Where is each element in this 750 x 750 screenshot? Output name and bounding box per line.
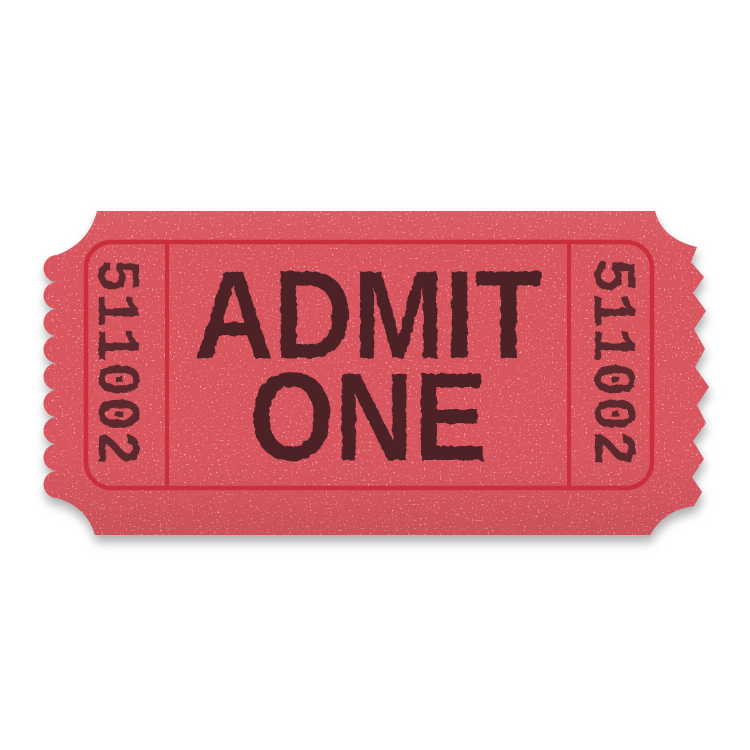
photo-background: 511002 ADMIT ONE 511002 [0, 0, 750, 750]
serial-number-left: 511002 [80, 259, 148, 466]
ticket: 511002 ADMIT ONE 511002 [30, 195, 730, 555]
one-text: ONE [249, 348, 487, 487]
serial-number-right: 511002 [576, 259, 644, 466]
admit-one-ticket-image: 511002 ADMIT ONE 511002 [0, 0, 750, 750]
